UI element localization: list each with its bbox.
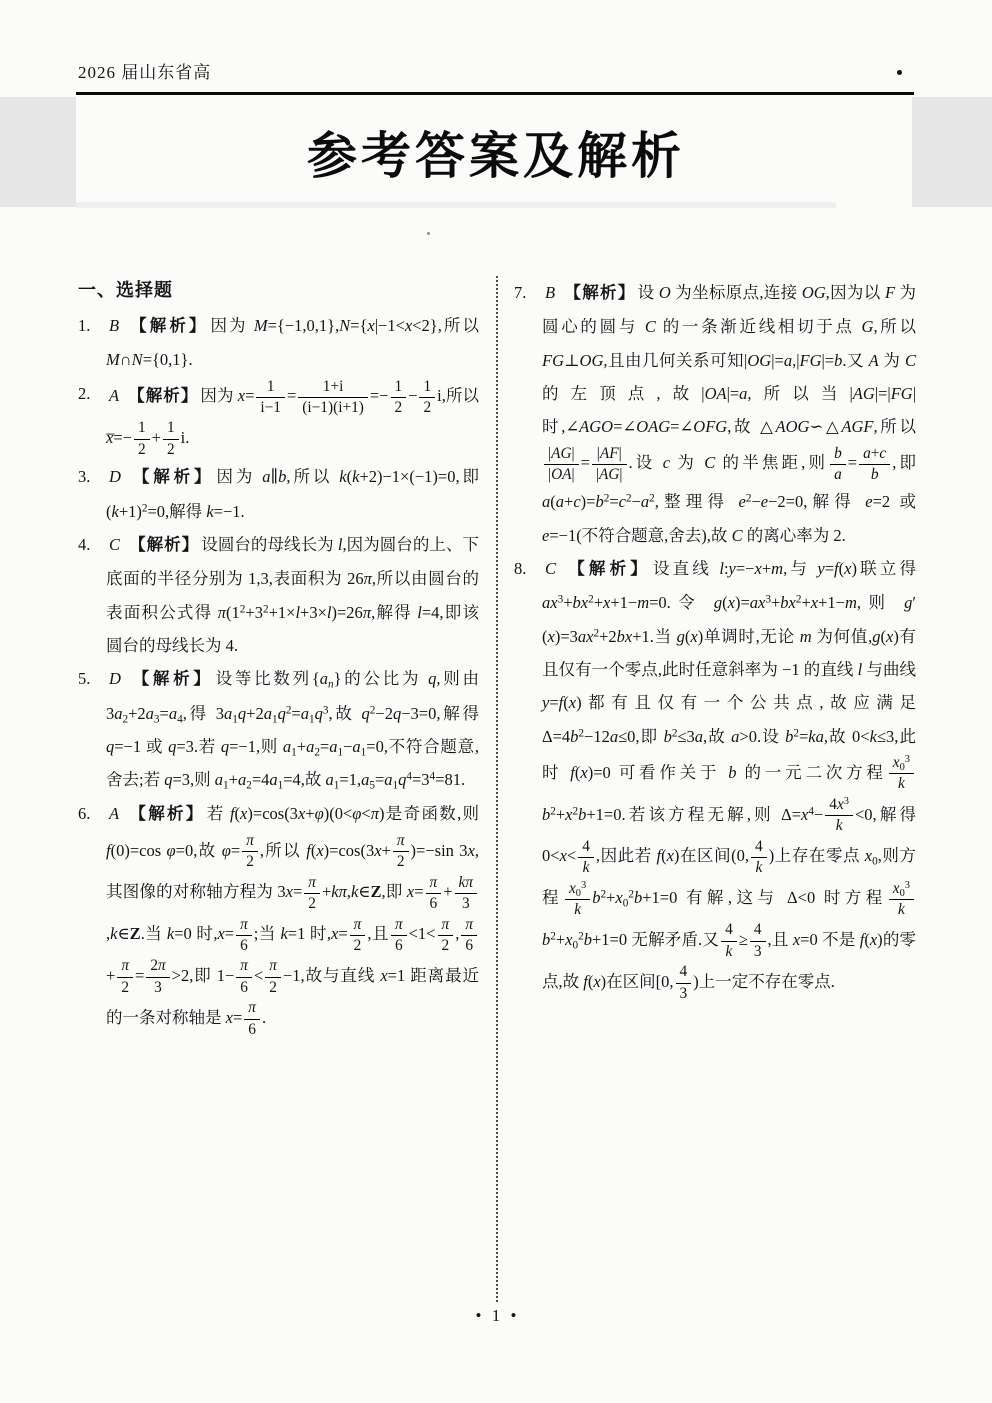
answer-letter: D xyxy=(109,669,121,688)
question-4: 4.C【解析】设圆台的母线长为 l,因为圆台的上、下底面的半径分别为 1,3,表… xyxy=(78,528,479,662)
question-3: 3.D【解析】因为 a∥b,所以 k(k+2)−1×(−1)=0,即(k+1)2… xyxy=(78,460,479,528)
answer-letter: C xyxy=(109,535,120,554)
scan-speck xyxy=(427,232,430,235)
analysis-tag: 【解析】 xyxy=(130,670,214,688)
question-8: 8.C【解析】设直线 l:y=−x+m,与 y=f(x)联立得 ax3+bx2+… xyxy=(514,552,916,1004)
header-corner-dot xyxy=(897,70,902,75)
question-number: 6. xyxy=(78,797,90,830)
question-number: 4. xyxy=(78,528,90,561)
scan-shading-bottom xyxy=(76,202,836,208)
question-2: 2.A【解析】因为 x=1i−1=1+i(i−1)(i+1)=−12−12i,所… xyxy=(78,377,479,461)
analysis-tag: 【解析】 xyxy=(564,284,636,302)
analysis-tag: 【解析】 xyxy=(565,560,651,578)
solution-text: 设直线 l:y=−x+m,与 y=f(x)联立得 ax3+bx2+x+1−m=0… xyxy=(542,559,916,991)
analysis-tag: 【解析】 xyxy=(129,536,199,554)
page-number: • 1 • xyxy=(0,1306,992,1326)
answer-letter: D xyxy=(109,467,121,486)
question-number: 5. xyxy=(78,662,90,695)
column-divider xyxy=(496,276,498,1302)
page-header-text: 2026 届山东省高 xyxy=(78,58,211,83)
header-rule xyxy=(76,92,914,95)
question-1: 1.B【解析】因为 M={−1,0,1},N={x|−1<x<2},所以 M∩N… xyxy=(78,309,479,377)
answer-letter: C xyxy=(545,559,556,578)
question-number: 7. xyxy=(514,276,526,309)
section-heading: 一、选择题 xyxy=(78,276,479,302)
answer-letter: B xyxy=(109,316,119,335)
analysis-tag: 【解析】 xyxy=(128,317,208,335)
question-5: 5.D【解析】设等比数列{an}的公比为 q,则由 3a2+2a3=a4,得 3… xyxy=(78,662,479,796)
page-title: 参考答案及解析 xyxy=(0,116,992,188)
two-column-body: 一、选择题 1.B【解析】因为 M={−1,0,1},N={x|−1<x<2},… xyxy=(78,276,916,1302)
question-number: 8. xyxy=(514,552,526,585)
solution-text: 若 f(x)=cos(3x+φ)(0<φ<π)是奇函数,则 f(0)=cos φ… xyxy=(106,804,479,1027)
question-number: 2. xyxy=(78,377,90,410)
answer-letter: B xyxy=(545,283,555,302)
solution-text: 设 O 为坐标原点,连接 OG,因为以 F 为圆心的圆与 C 的一条渐近线相切于… xyxy=(542,283,916,545)
question-7: 7.B【解析】设 O 为坐标原点,连接 OG,因为以 F 为圆心的圆与 C 的一… xyxy=(514,276,916,552)
answer-letter: A xyxy=(109,386,119,405)
scanned-answer-page: { "page": { "header_text": "2026 届山东省高",… xyxy=(0,0,992,1403)
question-number: 3. xyxy=(78,460,90,493)
question-6: 6.A【解析】若 f(x)=cos(3x+φ)(0<φ<π)是奇函数,则 f(0… xyxy=(78,797,479,1040)
analysis-tag: 【解析】 xyxy=(128,805,205,823)
analysis-tag: 【解析】 xyxy=(128,387,198,405)
question-number: 1. xyxy=(78,309,90,342)
right-column: 7.B【解析】设 O 为坐标原点,连接 OG,因为以 F 为圆心的圆与 C 的一… xyxy=(514,276,916,1004)
answer-letter: A xyxy=(109,804,119,823)
analysis-tag: 【解析】 xyxy=(130,468,215,486)
left-column: 一、选择题 1.B【解析】因为 M={−1,0,1},N={x|−1<x<2},… xyxy=(78,276,479,1040)
